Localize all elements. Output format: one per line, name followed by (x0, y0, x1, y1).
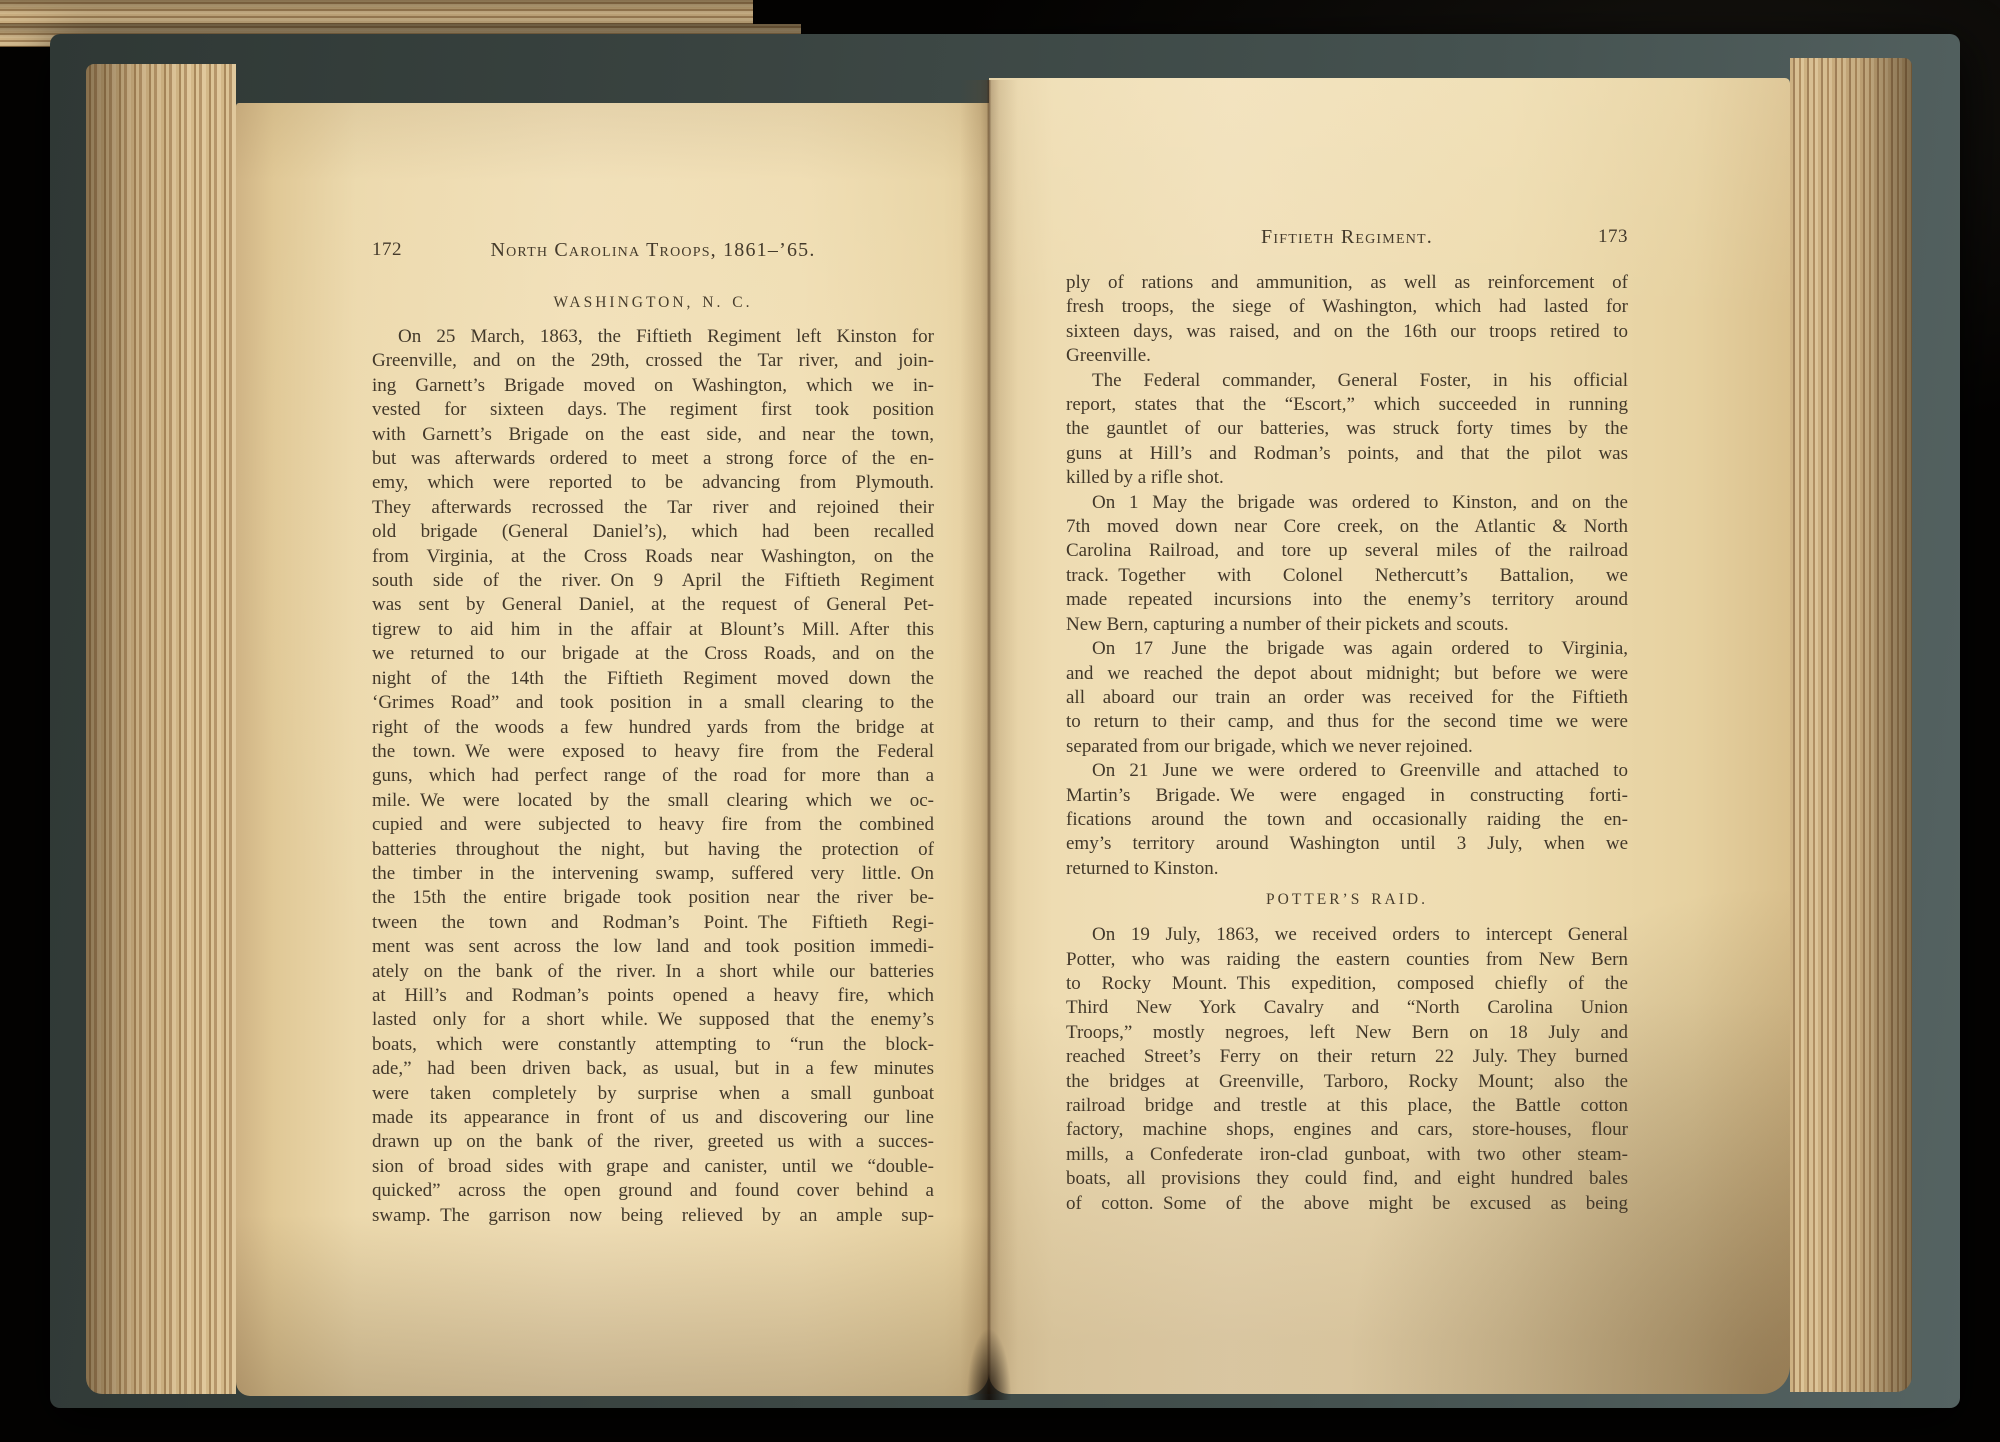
text-line: night of the 14th the Fiftieth Regiment … (372, 667, 934, 691)
text-line: ‘Grimes Road” and took position in a sma… (372, 691, 934, 715)
right-page-body-lower: On 19 July, 1863, we received orders to … (1066, 923, 1628, 1216)
text-line: railroad bridge and trestle at this plac… (1066, 1094, 1628, 1118)
text-line: tigrew to aid him in the affair at Bloun… (372, 618, 934, 642)
text-line: was sent by General Daniel, at the reque… (372, 593, 934, 617)
text-line: mile. We were located by the small clear… (372, 789, 934, 813)
text-line: sion of broad sides with grape and canis… (372, 1155, 934, 1179)
text-line: guns at Hill’s and Rodman’s points, and … (1066, 442, 1628, 466)
paragraph: On 1 May the brigade was ordered to Kins… (1066, 491, 1628, 637)
text-line: south side of the river. On 9 April the … (372, 569, 934, 593)
paragraph: On 25 March, 1863, the Fiftieth Regiment… (372, 325, 934, 1228)
text-line: to return to their camp, and thus for th… (1066, 710, 1628, 734)
text-line: cupied and were subjected to heavy fire … (372, 813, 934, 837)
text-line: tween the town and Rodman’s Point. The F… (372, 911, 934, 935)
paragraph: On 19 July, 1863, we received orders to … (1066, 923, 1628, 1216)
text-line: On 19 July, 1863, we received orders to … (1066, 923, 1628, 947)
running-header-left: North Carolina Troops, 1861–’65. (372, 238, 934, 262)
section-heading-potters-raid: POTTER’S RAID. (1066, 890, 1628, 909)
text-line: at Hill’s and Rodman’s points opened a h… (372, 984, 934, 1008)
text-line: drawn up on the bank of the river, greet… (372, 1130, 934, 1154)
page-edges-left (86, 64, 236, 1394)
right-page-body-upper: ply of rations and ammunition, as well a… (1066, 271, 1628, 881)
text-line: right of the woods a few hundred yards f… (372, 716, 934, 740)
paragraph: ply of rations and ammunition, as well a… (1066, 271, 1628, 369)
text-line: On 17 June the brigade was again ordered… (1066, 637, 1628, 661)
text-line: separated from our brigade, which we nev… (1066, 735, 1628, 759)
text-line: made repeated incursions into the enemy’… (1066, 588, 1628, 612)
left-page-body: On 25 March, 1863, the Fiftieth Regiment… (372, 325, 934, 1228)
text-line: 7th moved down near Core creek, on the A… (1066, 515, 1628, 539)
text-line: fresh troops, the siege of Washington, w… (1066, 295, 1628, 319)
text-line: made its appearance in front of us and d… (372, 1106, 934, 1130)
text-line: ing Garnett’s Brigade moved on Washingto… (372, 374, 934, 398)
text-line: we returned to our brigade at the Cross … (372, 642, 934, 666)
text-line: factory, machine shops, engines and cars… (1066, 1118, 1628, 1142)
text-line: track. Together with Colonel Nethercutt’… (1066, 564, 1628, 588)
text-line: of cotton. Some of the above might be ex… (1066, 1192, 1628, 1216)
text-line: the town. We were exposed to heavy fire … (372, 740, 934, 764)
text-line: On 25 March, 1863, the Fiftieth Regiment… (372, 325, 934, 349)
text-line: were taken completely by surprise when a… (372, 1082, 934, 1106)
text-line: emy, which were reported to be advancing… (372, 471, 934, 495)
text-line: returned to Kinston. (1066, 857, 1628, 881)
text-line: ade,” had been driven back, as usual, bu… (372, 1057, 934, 1081)
text-line: lasted only for a short while. We suppos… (372, 1008, 934, 1032)
text-line: the timber in the intervening swamp, suf… (372, 862, 934, 886)
text-line: Carolina Railroad, and tore up several m… (1066, 539, 1628, 563)
text-line: to Rocky Mount. This expedition, compose… (1066, 972, 1628, 996)
text-line: Greenville, and on the 29th, crossed the… (372, 349, 934, 373)
text-line: boats, all provisions they could find, a… (1066, 1167, 1628, 1191)
book-photo: 172 North Carolina Troops, 1861–’65. WAS… (0, 0, 2000, 1442)
text-line: quicked” across the open ground and foun… (372, 1179, 934, 1203)
page-number-right: 173 (1598, 225, 1628, 249)
text-line: with Garnett’s Brigade on the east side,… (372, 423, 934, 447)
left-page-header: 172 North Carolina Troops, 1861–’65. (372, 238, 934, 262)
right-page-header: Fiftieth Regiment. 173 (1066, 225, 1628, 249)
running-header-right: Fiftieth Regiment. (1066, 225, 1628, 249)
page-number-left: 172 (372, 238, 402, 262)
text-line: Troops,” mostly negroes, left New Bern o… (1066, 1021, 1628, 1045)
paragraph: The Federal commander, General Foster, i… (1066, 369, 1628, 491)
page-edges-top-left (0, 0, 753, 24)
text-line: and we reached the depot about midnight;… (1066, 662, 1628, 686)
text-line: from Virginia, at the Cross Roads near W… (372, 545, 934, 569)
text-line: ately on the bank of the river. In a sho… (372, 960, 934, 984)
text-line: killed by a rifle shot. (1066, 466, 1628, 490)
text-line: batteries throughout the night, but havi… (372, 838, 934, 862)
text-line: On 1 May the brigade was ordered to Kins… (1066, 491, 1628, 515)
text-line: emy’s territory around Washington until … (1066, 832, 1628, 856)
text-line: ment was sent across the low land and to… (372, 935, 934, 959)
text-line: The Federal commander, General Foster, i… (1066, 369, 1628, 393)
text-line: fications around the town and occasional… (1066, 808, 1628, 832)
text-line: the bridges at Greenville, Tarboro, Rock… (1066, 1070, 1628, 1094)
text-line: New Bern, capturing a number of their pi… (1066, 613, 1628, 637)
text-line: reached Street’s Ferry on their return 2… (1066, 1045, 1628, 1069)
text-line: mills, a Confederate iron-clad gunboat, … (1066, 1143, 1628, 1167)
paragraph: On 21 June we were ordered to Greenville… (1066, 759, 1628, 881)
text-line: Potter, who was raiding the eastern coun… (1066, 948, 1628, 972)
text-line: Third New York Cavalry and “North Caroli… (1066, 996, 1628, 1020)
text-line: the 15th the entire brigade took positio… (372, 886, 934, 910)
right-page-content: Fiftieth Regiment. 173 ply of rations an… (1066, 225, 1628, 1216)
text-line: the gauntlet of our batteries, was struc… (1066, 417, 1628, 441)
text-line: swamp. The garrison now being relieved b… (372, 1204, 934, 1228)
text-line: all aboard our train an order was receiv… (1066, 686, 1628, 710)
text-line: vested for sixteen days. The regiment fi… (372, 398, 934, 422)
text-line: Martin’s Brigade. We were engaged in con… (1066, 784, 1628, 808)
text-line: On 21 June we were ordered to Greenville… (1066, 759, 1628, 783)
text-line: Greenville. (1066, 344, 1628, 368)
text-line: report, states that the “Escort,” which … (1066, 393, 1628, 417)
text-line: but was afterwards ordered to meet a str… (372, 447, 934, 471)
text-line: sixteen days, was raised, and on the 16t… (1066, 320, 1628, 344)
left-page-content: 172 North Carolina Troops, 1861–’65. WAS… (372, 238, 934, 1228)
page-edges-right (1790, 58, 1912, 1392)
text-line: ply of rations and ammunition, as well a… (1066, 271, 1628, 295)
paragraph: On 17 June the brigade was again ordered… (1066, 637, 1628, 759)
section-heading-washington: WASHINGTON, N. C. (372, 293, 934, 312)
text-line: boats, which were constantly attempting … (372, 1033, 934, 1057)
text-line: guns, which had perfect range of the roa… (372, 764, 934, 788)
text-line: old brigade (General Daniel’s), which ha… (372, 520, 934, 544)
text-line: They afterwards recrossed the Tar river … (372, 496, 934, 520)
